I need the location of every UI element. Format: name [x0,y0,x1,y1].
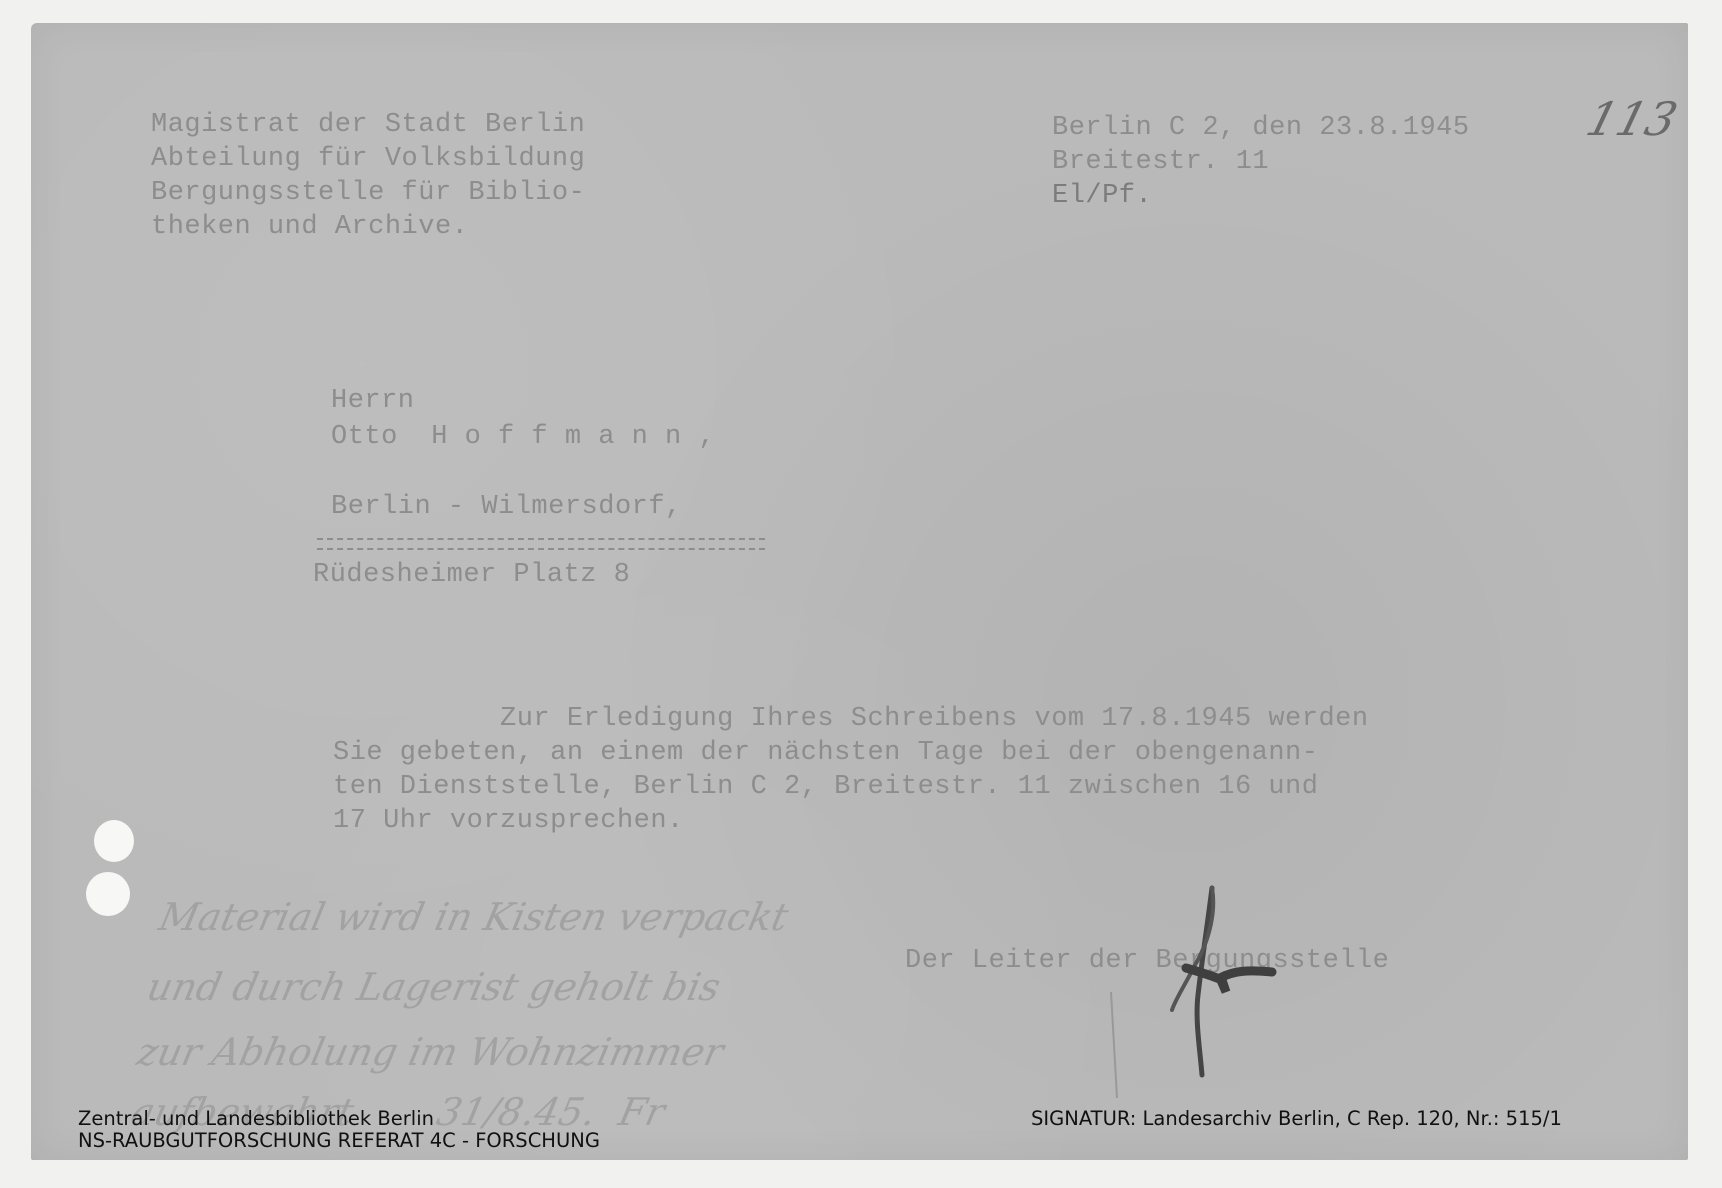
sender-line: Bergungsstelle für Biblio- [151,176,585,210]
signature-line: Der Leiter der Bergungsstelle [905,944,1389,978]
note-line: und durch Lagerist geholt bis [143,965,724,1009]
sender-line: Abteilung für Volksbildung [151,142,585,176]
note-line: zur Abholung im Wohnzimmer [133,1030,727,1074]
footer-institution: Zentral- und Landesbibliothek Berlin [78,1108,434,1130]
pencil-stroke-icon [1105,990,1125,1100]
handwritten-signature-icon [1150,880,1290,1080]
body-line: Sie gebeten, an einem der nächsten Tage … [333,736,1318,770]
footer-department: NS-RAUBGUTFORSCHUNG REFERAT 4C - FORSCHU… [78,1130,600,1152]
note-line: Material wird in Kisten verpackt [155,895,792,939]
city-underline [317,538,765,550]
recipient-name: Otto H o f f m a n n , [331,420,715,454]
body-line: Zur Erledigung Ihres Schreibens vom 17.8… [333,702,1369,736]
recipient-city: Berlin - Wilmersdorf, [331,490,682,524]
punch-hole-top [94,820,134,862]
address-line: Breitestr. 11 [1052,145,1269,179]
punch-hole-bottom [86,872,130,916]
body-line: ten Dienststelle, Berlin C 2, Breitestr.… [333,770,1318,804]
sender-line: Magistrat der Stadt Berlin [151,108,585,142]
recipient-street: Rüdesheimer Platz 8 [313,558,630,592]
folio-number: 113 [1581,92,1683,146]
reference-line: El/Pf. [1052,179,1152,213]
body-line: 17 Uhr vorzusprechen. [333,804,684,838]
recipient-salutation: Herrn [331,384,415,418]
place-date-line: Berlin C 2, den 23.8.1945 [1052,111,1470,145]
sender-line: theken und Archive. [151,210,468,244]
footer-signature-reference: SIGNATUR: Landesarchiv Berlin, C Rep. 12… [1031,1108,1562,1130]
